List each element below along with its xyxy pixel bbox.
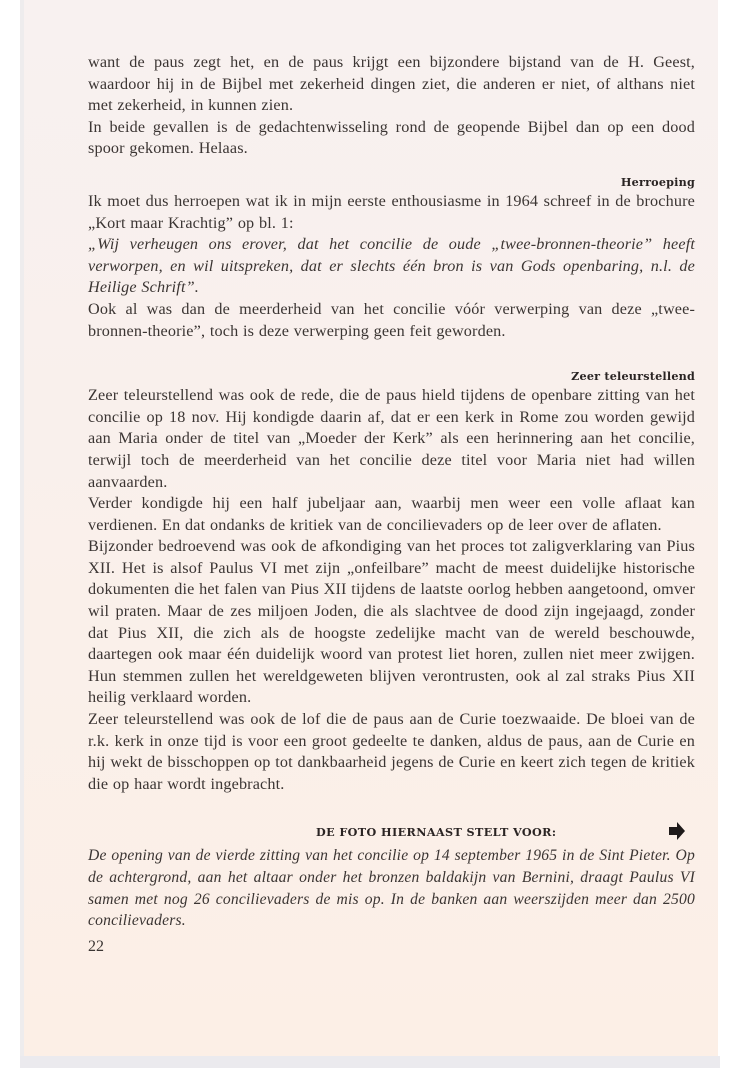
teleurstellend-paragraph-1: Zeer teleurstellend was ook de rede, die… bbox=[88, 385, 695, 493]
scan-bottom-band bbox=[20, 1056, 720, 1068]
page-text-column: want de paus zegt het, en de paus krijgt… bbox=[88, 52, 695, 956]
section-heading-zeer-teleurstellend: Zeer teleurstellend bbox=[88, 369, 695, 383]
teleurstellend-paragraph-4: Zeer teleurstellend was ook de lof die d… bbox=[88, 709, 695, 795]
photo-caption-heading: DE FOTO HIERNAAST STELT VOOR: bbox=[316, 825, 556, 839]
intro-paragraph-2: In beide gevallen is de gedachtenwisseli… bbox=[88, 117, 695, 160]
intro-paragraph-1: want de paus zegt het, en de paus krijgt… bbox=[88, 52, 695, 117]
right-arrow-icon bbox=[667, 821, 687, 841]
page-number: 22 bbox=[88, 938, 695, 956]
teleurstellend-paragraph-2: Verder kondigde hij een half jubeljaar a… bbox=[88, 493, 695, 536]
photo-caption-text: De opening van de vierde zitting van het… bbox=[88, 845, 695, 931]
photo-caption-header: DE FOTO HIERNAAST STELT VOOR: bbox=[88, 821, 695, 845]
teleurstellend-paragraph-3: Bijzonder bedroevend was ook de afkondig… bbox=[88, 536, 695, 709]
herroeping-paragraph-1: Ik moet dus herroepen wat ik in mijn eer… bbox=[88, 191, 695, 234]
herroeping-quote: „Wij verheugen ons erover, dat het conci… bbox=[88, 234, 695, 299]
herroeping-paragraph-2: Ook al was dan de meerderheid van het co… bbox=[88, 299, 695, 342]
section-heading-herroeping: Herroeping bbox=[88, 175, 695, 189]
